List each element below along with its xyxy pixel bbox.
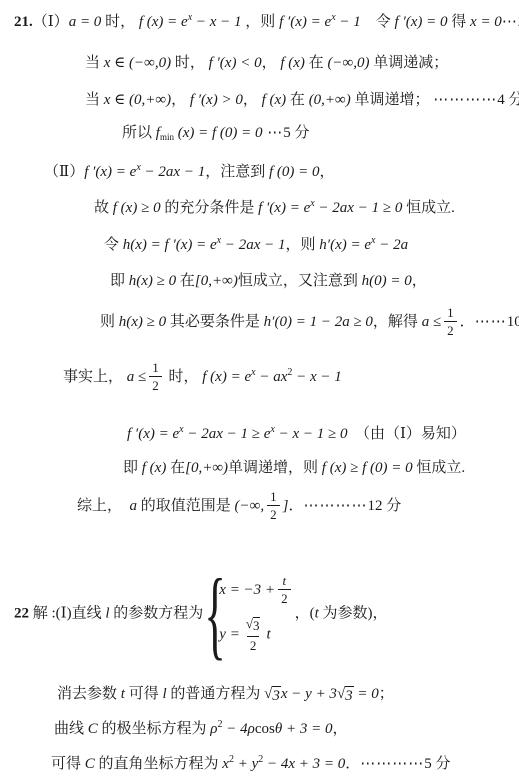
dots-leader: ⋯⋯⋯⋯ — [433, 92, 497, 108]
text-segment: ，( — [295, 605, 315, 621]
math-segment: f ′(x) = e — [258, 200, 310, 216]
subscript: min — [160, 132, 174, 142]
radicand: 3 — [345, 686, 354, 705]
text-segment: ． — [288, 498, 303, 514]
fraction-numerator: t — [280, 574, 290, 589]
text-segment: ，解得 — [373, 314, 422, 330]
document-page: 21.（Ⅰ）a = 0 时， f (x) = ex − x − 1 ，则 f ′… — [0, 0, 519, 777]
radicand: 3 — [253, 617, 261, 633]
math-segment: x — [222, 756, 229, 772]
q21-part2-line3: 令 h(x) = f ′(x) = ex − 2ax − 1，则 h′(x) =… — [104, 234, 408, 258]
q21-part1-line1: 21.（Ⅰ）a = 0 时， f (x) = ex − x − 1 ，则 f ′… — [14, 11, 519, 35]
text-segment: （Ⅰ） — [33, 14, 69, 30]
text-segment: ，则 — [286, 237, 320, 253]
math-segment: h′(x) = e — [319, 237, 371, 253]
superscript: x — [270, 424, 274, 435]
text-segment: ． — [345, 756, 360, 772]
system-equation: y =√32t — [219, 618, 270, 652]
math-segment: (x) = f (0) = 0 — [174, 125, 263, 141]
text-segment: 消去参数 — [57, 686, 121, 702]
q21-part2-line5: 则 h(x) ≥ 0 其必要条件是 h′(0) = 1 − 2a ≥ 0，解得 … — [100, 307, 519, 338]
math-segment: − 2ax − 1 ≥ 0 — [315, 200, 403, 216]
radical: √3 — [246, 617, 261, 633]
text-segment: 单调递增； — [351, 92, 434, 108]
text-segment: 即 — [110, 273, 129, 289]
math-segment: f ′(x) = e — [279, 14, 331, 30]
superscript: 2 — [229, 754, 234, 765]
fraction: 12 — [444, 306, 457, 337]
superscript: x — [310, 198, 314, 209]
text-segment: ，则 — [242, 14, 280, 30]
math-segment: − 2ax − 1 — [141, 164, 205, 180]
math-segment: x = −3 + — [219, 582, 275, 598]
text-segment: 恒成立. — [402, 200, 455, 216]
text-segment: 令 — [104, 237, 123, 253]
dots-leader: ⋯ — [502, 14, 518, 30]
text-segment: 在 — [286, 92, 309, 108]
math-segment: [0,+∞) — [185, 460, 228, 476]
math-segment: θ + 3 = 0 — [275, 721, 333, 737]
text-segment: 的参数方程为 — [110, 605, 204, 621]
radical-sign: √ — [337, 686, 345, 703]
superscript: x — [179, 424, 183, 435]
fraction: 12 — [267, 490, 280, 521]
text-segment: 故 — [94, 200, 113, 216]
text-segment: 单调递增，则 — [228, 460, 322, 476]
fraction-denominator: 2 — [444, 321, 457, 337]
superscript: x — [331, 12, 335, 23]
text-segment: 令 — [361, 14, 395, 30]
text-segment: 当 — [85, 92, 104, 108]
math-segment: [0,+∞) — [195, 273, 238, 289]
fraction-denominator: 2 — [149, 376, 162, 392]
superscript: 2 — [258, 754, 263, 765]
math-segment: (0,+∞) — [309, 92, 351, 108]
math-segment: x − y + 3 — [281, 686, 337, 702]
q21-part1-line2: 当 x ∈ (−∞,0) 时， f ′(x) < 0， f (x) 在 (−∞,… — [85, 52, 448, 74]
q21-part1-line3: 当 x ∈ (0,+∞)， f ′(x) > 0， f (x) 在 (0,+∞)… — [85, 89, 519, 111]
fraction-numerator: 1 — [444, 306, 457, 321]
math-segment: f ′(x) = e — [84, 164, 136, 180]
math-segment: f (x) — [262, 92, 287, 108]
fraction-numerator: √3 — [243, 617, 264, 635]
math-segment: (−∞, — [235, 498, 265, 514]
equation-system: {x = −3 +t2y =√32t — [204, 568, 293, 660]
dots-leader: ⋯⋯ — [475, 314, 507, 330]
math-segment: h(0) = 0 — [362, 273, 412, 289]
superscript: x — [136, 162, 140, 173]
math-segment: a ≤ — [127, 369, 146, 385]
text-segment: ， — [332, 721, 347, 737]
system-equation: x = −3 +t2 — [219, 575, 293, 606]
math-segment: f (0) = 0 — [269, 164, 320, 180]
dots-leader: ⋯⋯⋯⋯ — [303, 498, 367, 514]
math-segment: C — [88, 721, 98, 737]
problem-number: 21. — [14, 14, 33, 30]
text-segment: 时， — [101, 14, 139, 30]
text-segment: 4 分 — [497, 92, 519, 108]
math-segment: a = 0 — [69, 14, 102, 30]
system-brace-icon: { — [205, 568, 219, 660]
text-segment: 得 — [448, 14, 471, 30]
radical: √3 — [337, 686, 354, 705]
math-segment: x ∈ (0,+∞) — [104, 92, 171, 108]
text-segment: 可得 — [125, 686, 163, 702]
text-segment: ． — [460, 314, 475, 330]
math-segment: C — [85, 756, 95, 772]
q21-part2-line4: 即 h(x) ≥ 0 在[0,+∞)恒成立，又注意到 h(0) = 0， — [110, 270, 427, 292]
q21-part2-line7: f ′(x) = ex − 2ax − 1 ≥ ex − x − 1 ≥ 0 （… — [127, 423, 466, 447]
text-segment: 时， — [165, 369, 203, 385]
text-segment: ， — [262, 55, 281, 71]
math-segment: (−∞,0) — [327, 55, 369, 71]
math-segment: a ≤ — [422, 314, 441, 330]
system-equations: x = −3 +t2y =√32t — [219, 575, 293, 652]
text-segment: 的普通方程为 — [167, 686, 265, 702]
fraction-numerator: 1 — [149, 361, 162, 376]
text-segment: 的取值范围是 — [137, 498, 235, 514]
text-segment: 可得 — [51, 756, 85, 772]
text-segment: 的充分条件是 — [161, 200, 259, 216]
text-segment: 当 — [85, 55, 104, 71]
text-segment: ， — [171, 92, 190, 108]
text-segment: 为参数)， — [319, 605, 388, 621]
text-segment: ， — [243, 92, 262, 108]
text-segment: ， — [320, 164, 335, 180]
text-segment: 5 分 — [424, 756, 450, 772]
fraction: t2 — [278, 574, 291, 605]
text-segment: 在 — [166, 460, 185, 476]
text-segment: ，注意到 — [205, 164, 269, 180]
q22-part1-line1: 22 解 :(Ⅰ)直线 l 的参数方程为{x = −3 +t2y =√32t，(… — [14, 568, 387, 660]
text-segment: 在 — [176, 273, 195, 289]
text-segment: 时， — [171, 55, 209, 71]
q21-conclusion: 综上， a 的取值范围是 (−∞,12]．⋯⋯⋯⋯12 分 — [77, 491, 401, 522]
math-segment: x = 0 — [470, 14, 502, 30]
q22-part1-line4: 可得 C 的直角坐标方程为 x2 + y2 − 4x + 3 = 0．⋯⋯⋯⋯5… — [51, 753, 451, 777]
math-segment: − x − 1 — [192, 14, 241, 30]
math-segment: t — [266, 627, 270, 643]
text-segment: 的直角坐标方程为 — [95, 756, 223, 772]
math-segment: − ax — [256, 369, 288, 385]
fraction-denominator: 2 — [278, 589, 291, 605]
text-segment: 单调递减； — [370, 55, 449, 71]
fraction-denominator: 2 — [247, 636, 260, 652]
q22-part1-line3: 曲线 C 的极坐标方程为 ρ2 − 4ρcosθ + 3 = 0， — [54, 718, 347, 742]
math-segment: f (x) — [280, 55, 305, 71]
text-segment: ； — [379, 686, 394, 702]
math-function-name: cos — [255, 721, 275, 737]
superscript: x — [217, 235, 221, 246]
text-segment: 其必要条件是 — [166, 314, 264, 330]
text-segment: 则 — [100, 314, 119, 330]
text-segment: 10 分 — [507, 314, 519, 330]
math-segment: f ′(x) = 0 — [395, 14, 448, 30]
math-segment: a — [130, 498, 138, 514]
math-segment: = 0 — [354, 686, 379, 702]
text-segment: 事实上， — [63, 369, 127, 385]
math-segment: − 2ax − 1 — [221, 237, 285, 253]
math-segment: − 2a — [375, 237, 408, 253]
text-segment: 恒成立，又注意到 — [238, 273, 362, 289]
text-segment: 所以 — [122, 125, 156, 141]
text-segment: ， — [412, 273, 427, 289]
math-segment: − 4x + 3 = 0 — [263, 756, 345, 772]
math-segment: f ′(x) < 0 — [209, 55, 262, 71]
math-segment: − x − 1 ≥ 0 — [275, 426, 348, 442]
math-segment: f (x) = e — [139, 14, 188, 30]
text-segment: 的极坐标方程为 — [98, 721, 211, 737]
math-segment: f ′(x) > 0 — [190, 92, 243, 108]
math-segment: h(x) ≥ 0 — [119, 314, 166, 330]
text-segment: （Ⅱ） — [44, 164, 84, 180]
dots-leader: ⋯⋯⋯⋯ — [360, 756, 424, 772]
q22-part1-line2: 消去参数 t 可得 l 的普通方程为 √3x − y + 3√3 = 0； — [57, 683, 394, 705]
math-segment: x ∈ (−∞,0) — [104, 55, 171, 71]
radicand: 3 — [272, 686, 281, 705]
fraction: √32 — [243, 617, 264, 651]
math-segment: − 2ax − 1 ≥ e — [184, 426, 271, 442]
math-segment: − 4ρ — [223, 721, 255, 737]
text-segment: 恒成立. — [413, 460, 466, 476]
radical-sign: √ — [246, 617, 253, 631]
superscript: x — [188, 12, 192, 23]
math-segment: f (x) = e — [202, 369, 251, 385]
fraction-numerator: 1 — [267, 490, 280, 505]
math-segment: − x − 1 — [292, 369, 341, 385]
fraction-denominator: 2 — [267, 505, 280, 521]
fraction: 12 — [149, 361, 162, 392]
q21-part2-line2: 故 f (x) ≥ 0 的充分条件是 f ′(x) = ex − 2ax − 1… — [94, 197, 455, 221]
text-segment: 5 分 — [283, 125, 309, 141]
math-segment: h(x) = f ′(x) = e — [123, 237, 217, 253]
math-segment: h(x) ≥ 0 — [129, 273, 176, 289]
q21-part2-line8: 即 f (x) 在[0,+∞)单调递增，则 f (x) ≥ f (0) = 0 … — [123, 457, 465, 479]
superscript: 2 — [218, 719, 223, 730]
math-segment: f (x) — [142, 460, 167, 476]
math-segment: − 1 — [336, 14, 361, 30]
superscript: x — [371, 235, 375, 246]
math-segment: f (x) ≥ 0 — [113, 200, 161, 216]
text-segment: 12 分 — [367, 498, 401, 514]
math-segment: f ′(x) = e — [127, 426, 179, 442]
problem-number: 22 — [14, 605, 33, 621]
math-segment: + y — [234, 756, 258, 772]
text-segment: 综上， — [77, 498, 130, 514]
text-segment: 即 — [123, 460, 142, 476]
radical: √3 — [264, 686, 281, 705]
math-segment: h′(0) = 1 − 2a ≥ 0 — [264, 314, 373, 330]
text-segment: 在 — [305, 55, 328, 71]
q21-part2-line6: 事实上， a ≤12 时， f (x) = ex − ax2 − x − 1 — [63, 362, 342, 393]
text-segment: 曲线 — [54, 721, 88, 737]
dots-leader: ⋯ — [263, 125, 284, 141]
q21-part2-line1: （Ⅱ）f ′(x) = ex − 2ax − 1，注意到 f (0) = 0， — [44, 161, 335, 185]
superscript: 2 — [287, 367, 292, 378]
text-segment: 解 :(Ⅰ)直线 — [33, 605, 106, 621]
superscript: x — [251, 367, 255, 378]
math-segment: f (x) ≥ f (0) = 0 — [322, 460, 413, 476]
math-segment: ρ — [210, 721, 217, 737]
q21-part1-line4: 所以 fmin (x) = f (0) = 0 ⋯5 分 — [122, 122, 310, 145]
text-segment: （由（Ⅰ）易知） — [347, 426, 465, 442]
